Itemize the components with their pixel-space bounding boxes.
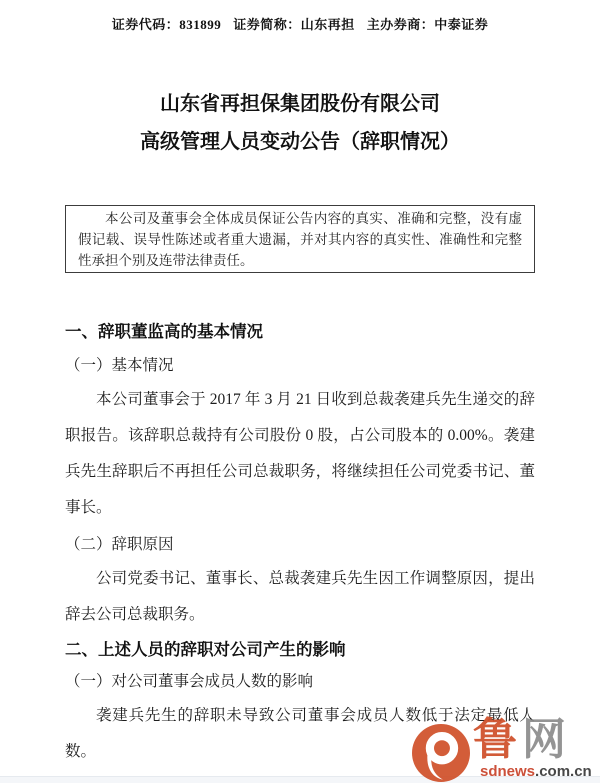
lunet-site-url-red: sdnews <box>480 763 535 780</box>
section1-sub1-heading: （一）基本情况 <box>65 353 535 379</box>
security-code-text: 证券代码：831899 <box>112 14 222 33</box>
lunet-logo-char-lu: 鲁 <box>473 715 522 764</box>
lunet-logo-wordmark: 鲁网 <box>473 718 571 762</box>
lunet-site-url: sdnews.com.cn <box>480 764 592 779</box>
document-title: 山东省再担保集团股份有限公司 高级管理人员变动公告（辞职情况） <box>0 85 600 161</box>
section1-sub2-heading: （二）辞职原因 <box>65 532 535 558</box>
security-short-name-text: 证券简称：山东再担 <box>233 14 355 33</box>
lunet-site-url-gray: .com.cn <box>535 763 592 780</box>
document-body: 一、辞职董监高的基本情况 （一）基本情况 本公司董事会于 2017 年 3 月 … <box>65 319 535 770</box>
lunet-comma-icon <box>412 724 470 782</box>
section1-sub1-paragraph: 本公司董事会于 2017 年 3 月 21 日收到总裁袭建兵先生递交的辞职报告。… <box>65 382 535 526</box>
document-header: 证券代码：831899 证券简称：山东再担 主办券商：中泰证券 <box>0 0 600 33</box>
section1-sub2-paragraph: 公司党委书记、董事长、总裁袭建兵先生因工作调整原因，提出辞去公司总裁职务。 <box>65 561 535 633</box>
section1-heading: 一、辞职董监高的基本情况 <box>65 319 535 345</box>
document-title-line2: 高级管理人员变动公告（辞职情况） <box>0 123 600 161</box>
lunet-logo-char-wang: 网 <box>522 715 571 764</box>
announcement-document-page: 证券代码：831899 证券简称：山东再担 主办券商：中泰证券 山东省再担保集团… <box>0 0 600 783</box>
sponsor-broker-text: 主办券商：中泰证券 <box>367 14 489 33</box>
section2-heading: 二、上述人员的辞职对公司产生的影响 <box>65 637 535 663</box>
disclaimer-text: 本公司及董事会全体成员保证公告内容的真实、准确和完整，没有虚假记载、误导性陈述或… <box>78 208 522 271</box>
lunet-watermark: 鲁网 sdnews.com.cn <box>412 722 600 780</box>
section2-sub1-heading: （一）对公司董事会成员人数的影响 <box>65 669 535 695</box>
disclaimer-box: 本公司及董事会全体成员保证公告内容的真实、准确和完整，没有虚假记载、误导性陈述或… <box>65 205 535 273</box>
document-title-line1: 山东省再担保集团股份有限公司 <box>0 85 600 123</box>
